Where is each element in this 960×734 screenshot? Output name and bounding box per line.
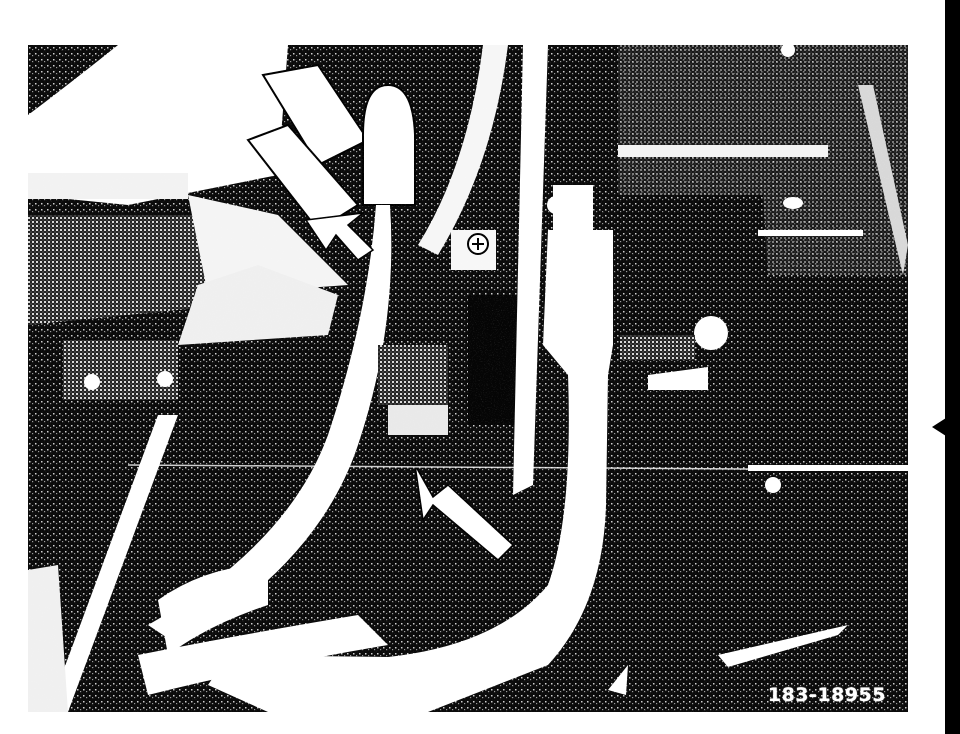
scanned-page: 183-18955 bbox=[0, 0, 960, 734]
halftone-photograph: 183-18955 bbox=[28, 45, 908, 712]
scan-edge-mark bbox=[932, 418, 946, 436]
figure-number-label: 183-18955 bbox=[768, 684, 886, 706]
scan-edge-bar bbox=[945, 0, 960, 734]
photo-illustration bbox=[28, 45, 908, 712]
